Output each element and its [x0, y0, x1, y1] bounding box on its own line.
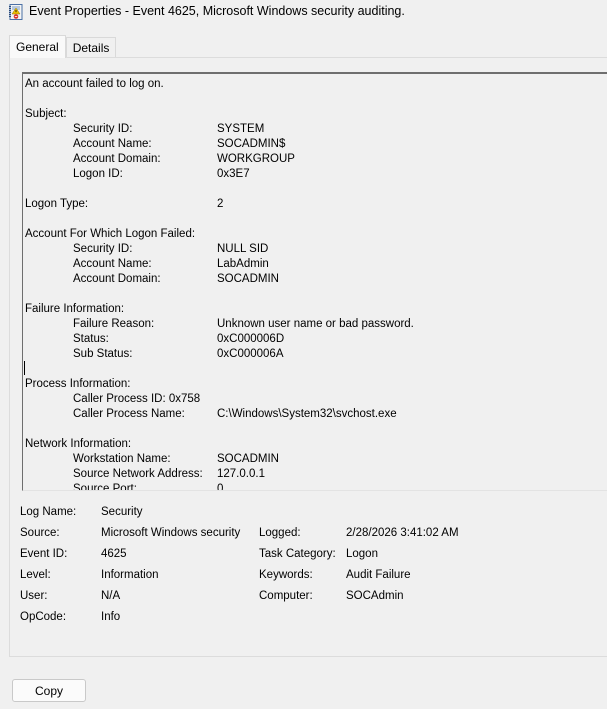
- logged-label: Logged:: [259, 527, 301, 539]
- description-line: [25, 212, 607, 227]
- level-label: Level:: [20, 569, 51, 581]
- computer-value: SOCAdmin: [346, 590, 404, 602]
- description-line: Caller Process Name:C:\Windows\System32\…: [25, 407, 607, 422]
- log-name-label: Log Name:: [20, 506, 76, 518]
- logged-value: 2/28/2026 3:41:02 AM: [346, 527, 459, 539]
- field-label: Caller Process Name:: [73, 407, 185, 422]
- meta-row-opcode: OpCode: Info: [20, 611, 580, 632]
- meta-row-user: User: N/A Computer: SOCAdmin: [20, 590, 580, 611]
- event-log-icon: [9, 4, 23, 20]
- field-label: Account Name:: [73, 257, 152, 272]
- field-value: SOCADMIN: [217, 452, 279, 467]
- description-line: Account Name:LabAdmin: [25, 257, 607, 272]
- description-line: Logon ID:0x3E7: [25, 167, 607, 182]
- task-category-value: Logon: [346, 548, 378, 560]
- source-label: Source:: [20, 527, 60, 539]
- event-id-label: Event ID:: [20, 548, 67, 560]
- field-label: Logon Type:: [25, 197, 88, 212]
- description-line: Sub Status:0xC000006A: [25, 347, 607, 362]
- field-value: SOCADMIN$: [217, 137, 285, 152]
- meta-row-source: Source: Microsoft Windows security Logge…: [20, 527, 580, 548]
- field-label: Source Network Address:: [73, 467, 203, 482]
- opcode-value: Info: [101, 611, 120, 623]
- event-metadata: Log Name: Security Source: Microsoft Win…: [20, 506, 580, 632]
- field-value: WORKGROUP: [217, 152, 295, 167]
- field-label: Security ID:: [73, 122, 132, 137]
- computer-label: Computer:: [259, 590, 313, 602]
- window-title: Event Properties - Event 4625, Microsoft…: [29, 4, 405, 18]
- field-label: Logon ID:: [73, 167, 123, 182]
- field-value: SYSTEM: [217, 122, 264, 137]
- opcode-label: OpCode:: [20, 611, 66, 623]
- field-label: Source Port:: [73, 482, 137, 491]
- tab-details[interactable]: Details: [66, 37, 117, 58]
- user-label: User:: [20, 590, 47, 602]
- description-line: Workstation Name:SOCADMIN: [25, 452, 607, 467]
- source-value: Microsoft Windows security: [101, 527, 240, 539]
- description-line: Source Network Address:127.0.0.1: [25, 467, 607, 482]
- description-line: [25, 362, 607, 377]
- field-value: SOCADMIN: [217, 272, 279, 287]
- description-line: [25, 422, 607, 437]
- keywords-value: Audit Failure: [346, 569, 411, 581]
- description-line: Caller Process ID: 0x758: [25, 392, 607, 407]
- field-value: 2: [217, 197, 223, 212]
- field-value: Unknown user name or bad password.: [217, 317, 414, 332]
- field-label-value: Caller Process ID: 0x758: [73, 392, 200, 407]
- field-value: NULL SID: [217, 242, 268, 257]
- description-line: Subject:: [25, 107, 607, 122]
- section-heading: Network Information:: [25, 437, 131, 452]
- text-caret: [24, 361, 25, 375]
- description-line: Account For Which Logon Failed:: [25, 227, 607, 242]
- description-line: [25, 92, 607, 107]
- field-value: LabAdmin: [217, 257, 269, 272]
- description-line: Failure Reason:Unknown user name or bad …: [25, 317, 607, 332]
- field-label: Security ID:: [73, 242, 132, 257]
- description-line: Failure Information:: [25, 302, 607, 317]
- description-line: Status:0xC000006D: [25, 332, 607, 347]
- description-line: [25, 287, 607, 302]
- description-line: Account Domain:WORKGROUP: [25, 152, 607, 167]
- log-name-value: Security: [101, 506, 143, 518]
- field-value: 0xC000006D: [217, 332, 284, 347]
- description-line: Network Information:: [25, 437, 607, 452]
- section-heading: Process Information:: [25, 377, 130, 392]
- event-description-text: An account failed to log on.Subject:Secu…: [25, 77, 607, 491]
- tab-strip: General Details: [9, 36, 116, 58]
- meta-row-event-id: Event ID: 4625 Task Category: Logon: [20, 548, 580, 569]
- event-id-value: 4625: [101, 548, 127, 560]
- event-description-textbox[interactable]: An account failed to log on.Subject:Secu…: [22, 72, 607, 491]
- tab-general[interactable]: General: [9, 35, 66, 58]
- field-label: Account Name:: [73, 137, 152, 152]
- section-heading: Account For Which Logon Failed:: [25, 227, 195, 242]
- section-heading: An account failed to log on.: [25, 77, 164, 92]
- meta-row-level: Level: Information Keywords: Audit Failu…: [20, 569, 580, 590]
- field-label: Failure Reason:: [73, 317, 154, 332]
- description-line: Security ID:NULL SID: [25, 242, 607, 257]
- description-line: Source Port:0: [25, 482, 607, 491]
- field-value: 0x3E7: [217, 167, 250, 182]
- description-line: Logon Type:2: [25, 197, 607, 212]
- description-line: Security ID:SYSTEM: [25, 122, 607, 137]
- description-line: [25, 182, 607, 197]
- field-label: Account Domain:: [73, 272, 161, 287]
- description-line: Process Information:: [25, 377, 607, 392]
- field-value: C:\Windows\System32\svchost.exe: [217, 407, 397, 422]
- level-value: Information: [101, 569, 159, 581]
- field-label: Workstation Name:: [73, 452, 171, 467]
- field-value: 127.0.0.1: [217, 467, 265, 482]
- user-value: N/A: [101, 590, 120, 602]
- field-label: Sub Status:: [73, 347, 132, 362]
- field-label: Account Domain:: [73, 152, 161, 167]
- section-heading: Subject:: [25, 107, 67, 122]
- meta-row-log-name: Log Name: Security: [20, 506, 580, 527]
- task-category-label: Task Category:: [259, 548, 336, 560]
- section-heading: Failure Information:: [25, 302, 124, 317]
- title-bar: Event Properties - Event 4625, Microsoft…: [0, 0, 607, 24]
- field-value: 0: [217, 482, 223, 491]
- field-value: 0xC000006A: [217, 347, 284, 362]
- description-line: An account failed to log on.: [25, 77, 607, 92]
- description-line: Account Name:SOCADMIN$: [25, 137, 607, 152]
- field-label: Status:: [73, 332, 109, 347]
- description-line: Account Domain:SOCADMIN: [25, 272, 607, 287]
- keywords-label: Keywords:: [259, 569, 313, 581]
- copy-button[interactable]: Copy: [12, 679, 86, 702]
